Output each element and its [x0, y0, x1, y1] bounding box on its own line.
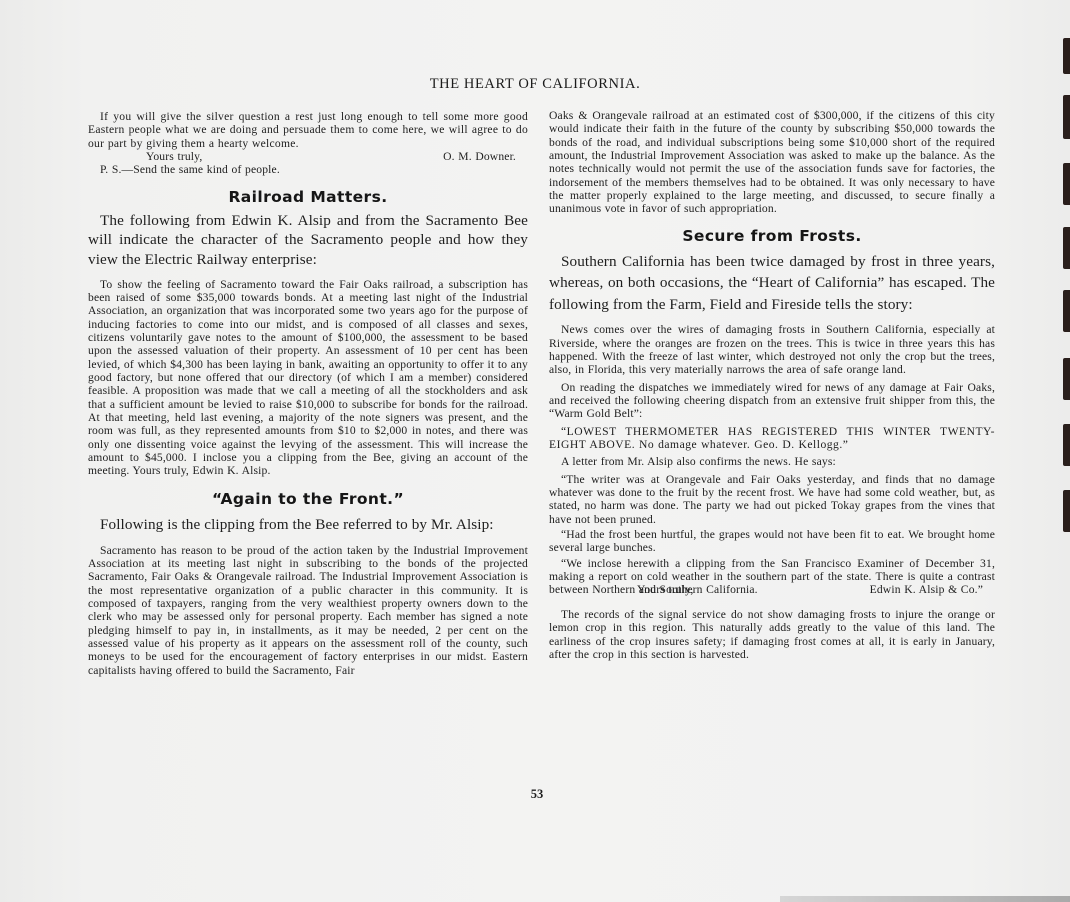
left-column: If you will give the silver question a r… [88, 110, 528, 677]
telegram-quote: “LOWEST THERMOMETER HAS REGISTERED THIS … [549, 425, 995, 452]
letter-paragraph: “Had the frost been hurtful, the grapes … [549, 528, 995, 555]
again-to-the-front-lead: Following is the clipping from the Bee r… [88, 514, 528, 536]
heading-secure-from-frosts: Secure from Frosts. [549, 227, 995, 245]
postscript: P. S.—Send the same kind of people. [88, 163, 528, 176]
signature: O. M. Downer. [443, 150, 528, 163]
binding-mark [1063, 490, 1070, 532]
binding-mark [1063, 163, 1070, 205]
binding-mark [1063, 290, 1070, 332]
binding-mark [1063, 38, 1070, 74]
letter-closing: Yours truly, [549, 583, 693, 596]
heading-again-to-the-front: “Again to the Front.” [88, 490, 528, 508]
railroad-matters-body: To show the feeling of Sacramento toward… [88, 278, 528, 478]
page-number: 53 [522, 787, 552, 802]
book-page-spread: THE HEART OF CALIFORNIA. If you will giv… [0, 0, 1070, 902]
binding-mark [1063, 358, 1070, 400]
page-edge-shadow [780, 896, 1070, 902]
binding-mark [1063, 95, 1070, 139]
heading-railroad-matters: Railroad Matters. [88, 188, 528, 206]
closing-paragraph: The records of the signal service do not… [549, 608, 995, 661]
clipping-continuation: Oaks & Orangevale railroad at an estimat… [549, 109, 995, 216]
closing-text: Yours truly, [88, 150, 202, 163]
secure-from-frosts-lead: Southern California has been twice damag… [549, 251, 995, 316]
letter-signature: Edwin K. Alsip & Co.” [870, 583, 983, 596]
letter-paragraph: “The writer was at Orangevale and Fair O… [549, 473, 995, 526]
again-to-the-front-body: Sacramento has reason to be proud of the… [88, 544, 528, 677]
opening-letter-closing: Yours truly, O. M. Downer. [88, 150, 528, 163]
running-title: THE HEART OF CALIFORNIA. [0, 76, 1070, 93]
frost-paragraph: On reading the dispatches we immediately… [549, 381, 995, 421]
binding-mark [1063, 227, 1070, 269]
binding-mark [1063, 424, 1070, 466]
railroad-matters-lead: The following from Edwin K. Alsip and fr… [88, 211, 528, 270]
frost-paragraph: News comes over the wires of damaging fr… [549, 323, 995, 376]
frost-paragraph: A letter from Mr. Alsip also confirms th… [549, 455, 995, 468]
right-column: Oaks & Orangevale railroad at an estimat… [549, 109, 995, 662]
